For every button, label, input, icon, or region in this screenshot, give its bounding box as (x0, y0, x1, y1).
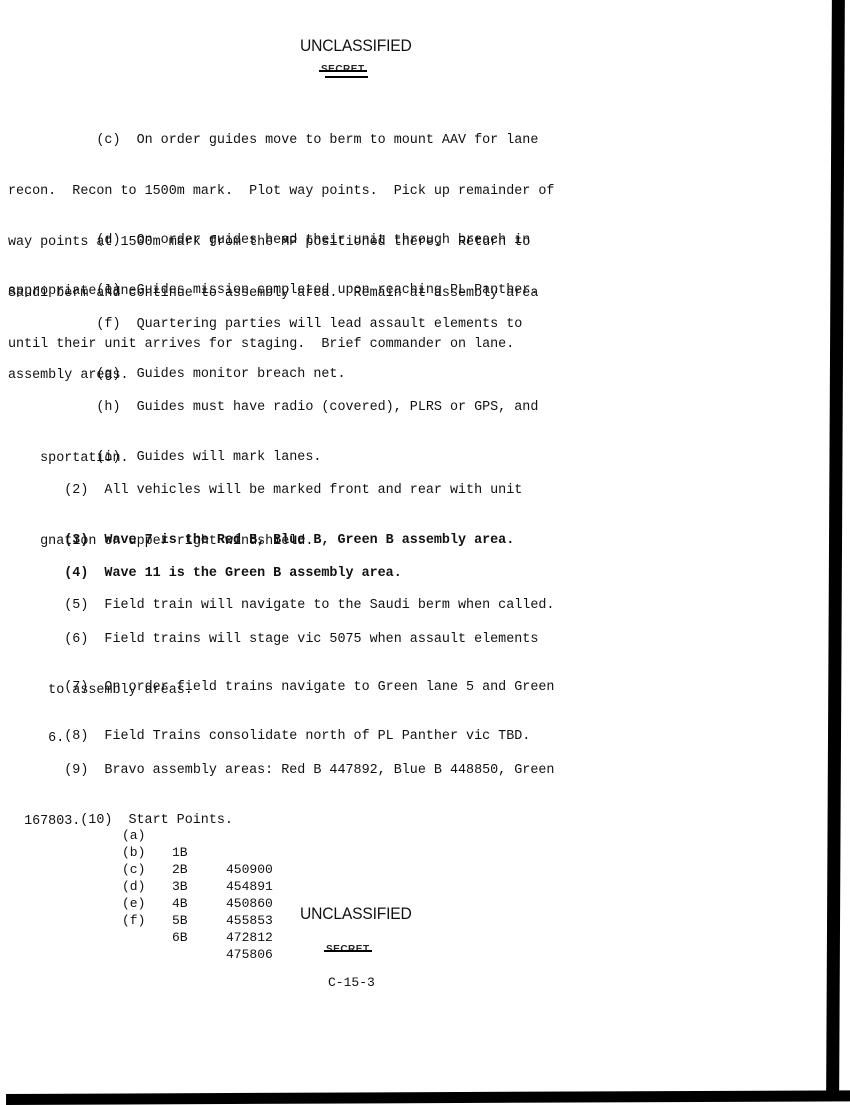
start-point-grid: 450860 (226, 895, 273, 912)
paragraph-line: (f) Quartering parties will lead assault… (8, 316, 522, 333)
start-point-id: 3B (172, 878, 188, 895)
start-point-letter: (f) (122, 912, 145, 929)
scan-edge-bottom (6, 1090, 850, 1105)
start-point-grid: 450900 (226, 861, 273, 878)
start-point-grid: 454891 (226, 878, 273, 895)
footer-classification: UNCLASSIFIED (300, 904, 412, 924)
start-point-id: 5B (172, 912, 188, 929)
start-point-id: 2B (172, 861, 188, 878)
header-struck-marking: SECRET (321, 64, 365, 75)
header-classification: UNCLASSIFIED (300, 36, 412, 56)
start-point-id: 4B (172, 895, 188, 912)
start-point-grid: 475806 (226, 946, 273, 963)
start-point-row: (f) 6B 475806 (122, 895, 169, 980)
start-point-grid: 472812 (226, 929, 273, 946)
scan-edge-right (826, 0, 845, 1095)
document-page: UNCLASSIFIED SECRET (c) On order guides … (0, 0, 850, 1105)
paragraph-line: (h) Guides must have radio (covered), PL… (8, 399, 538, 416)
footer-struck-marking: SECRET (326, 944, 370, 955)
paragraph-line: (2) All vehicles will be marked front an… (8, 482, 522, 499)
paragraph-line: (d) On order guides head their unit thro… (8, 232, 530, 249)
page-number: C-15-3 (328, 975, 375, 990)
start-point-id: 6B (172, 929, 188, 946)
paragraph-line: (c) On order guides move to berm to moun… (8, 132, 554, 149)
start-point-id: 1B (172, 844, 188, 861)
start-point-grid: 455853 (226, 912, 273, 929)
paragraph-line: (9) Bravo assembly areas: Red B 447892, … (8, 762, 554, 779)
